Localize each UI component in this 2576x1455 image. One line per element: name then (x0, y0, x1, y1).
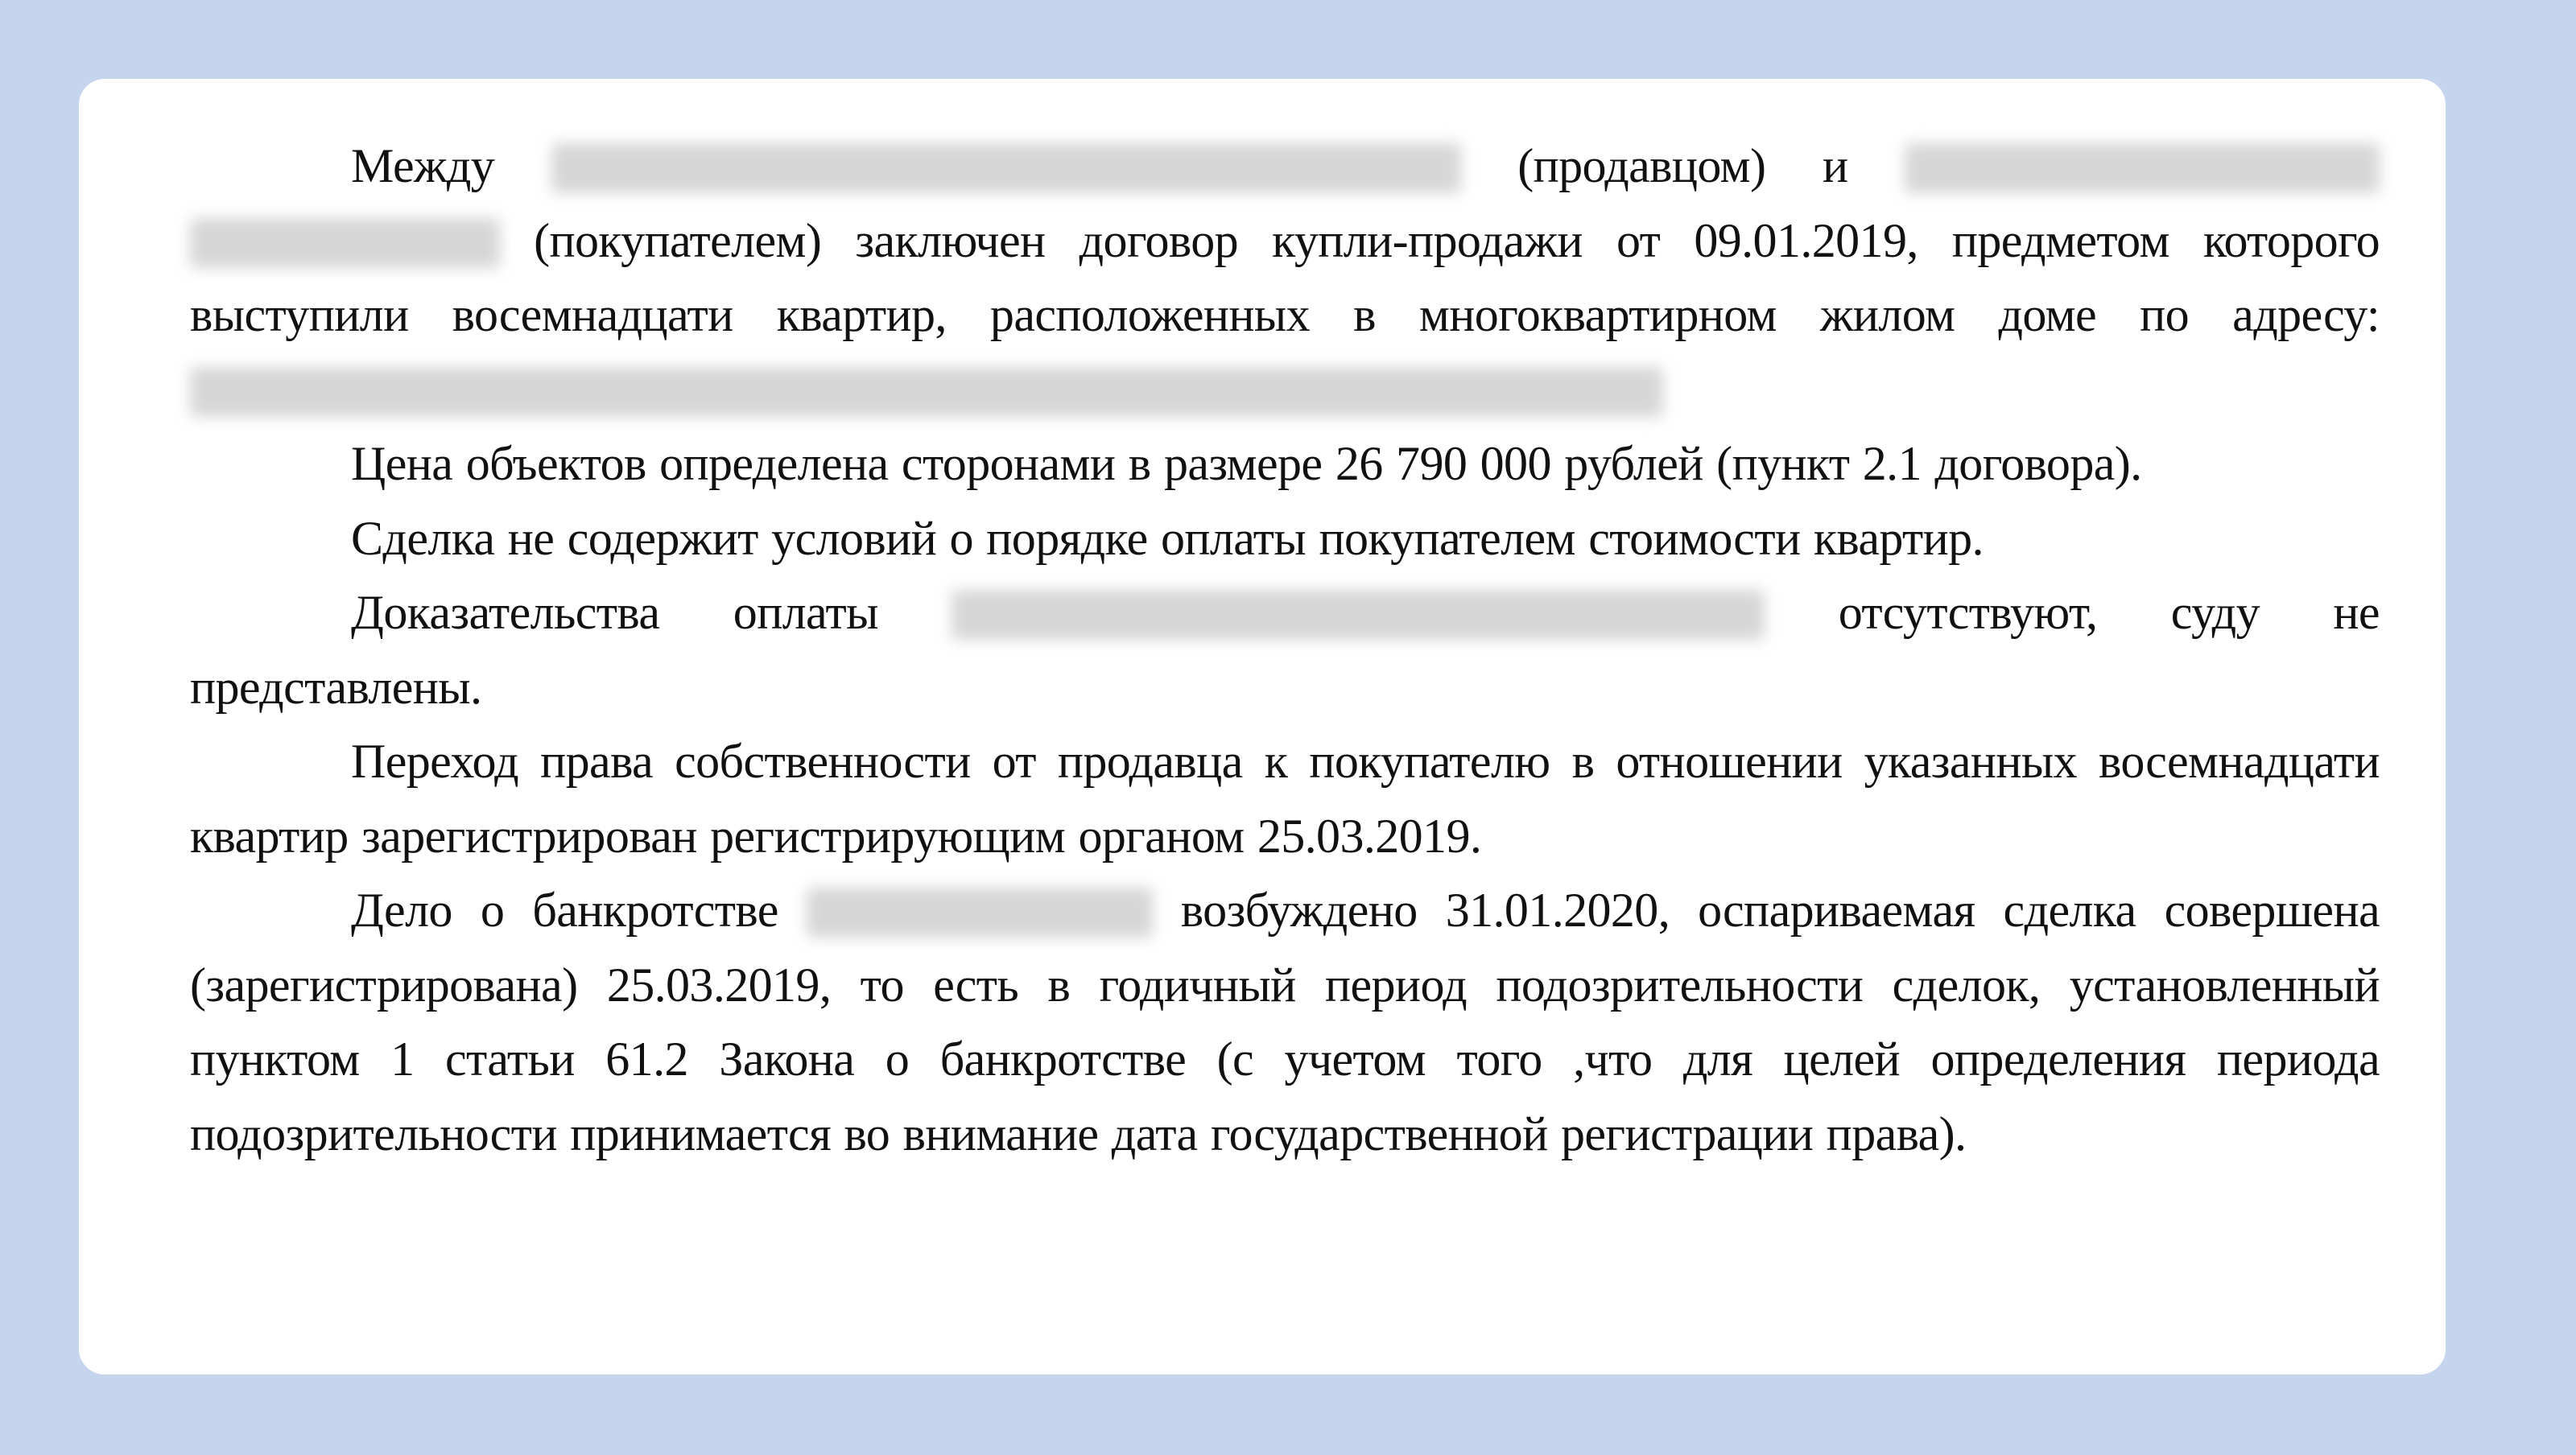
text-contract-details: (покупателем) заключен договор купли-про… (190, 214, 2380, 342)
paragraph-parties: Между x (продавцом) и x x (покупателем) … (190, 129, 2380, 427)
text-bankruptcy-case: Дело о банкротстве (351, 884, 778, 937)
paragraph-transfer: Переход права собственности от продавца … (190, 724, 2380, 873)
text-seller-and: (продавцом) и (1517, 139, 1847, 192)
paragraph-price: Цена объектов определена сторонами в раз… (190, 427, 2380, 501)
paragraph-payment-terms: Сделка не содержит условий о порядке опл… (190, 501, 2380, 576)
paragraph-payment-evidence: Доказательства оплаты x отсутствуют, суд… (190, 575, 2380, 724)
document-text: Между x (продавцом) и x x (покупателем) … (190, 129, 2380, 1171)
redacted-buyer-name: x (952, 590, 1765, 640)
redacted-debtor-name: x (807, 888, 1153, 938)
redacted-buyer-name: x (1905, 143, 2380, 193)
redacted-buyer-name-continued: x (190, 218, 500, 268)
redacted-address: x (190, 367, 1663, 417)
redacted-seller-name: x (551, 143, 1461, 193)
paragraph-bankruptcy: Дело о банкротстве x возбуждено 31.01.20… (190, 873, 2380, 1171)
text-evidence: Доказательства оплаты (351, 586, 878, 639)
text-between: Между (351, 139, 494, 192)
